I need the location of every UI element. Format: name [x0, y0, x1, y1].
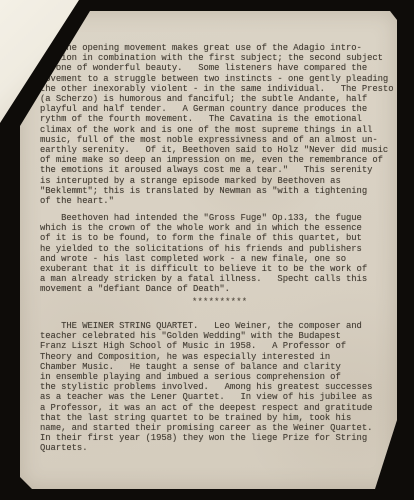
- document-page: The opening movement makes great use of …: [20, 11, 397, 489]
- paragraph-grosse-fuge: Beethoven had intended the "Gross Fuge" …: [40, 213, 367, 295]
- photo-background: The opening movement makes great use of …: [0, 0, 414, 500]
- asterisk-separator: **********: [192, 297, 247, 307]
- paragraph-weiner-quartet: THE WEINER STRING QUARTET. Leo Weiner, t…: [40, 321, 372, 454]
- paragraph-opening-movement: The opening movement makes great use of …: [40, 43, 393, 206]
